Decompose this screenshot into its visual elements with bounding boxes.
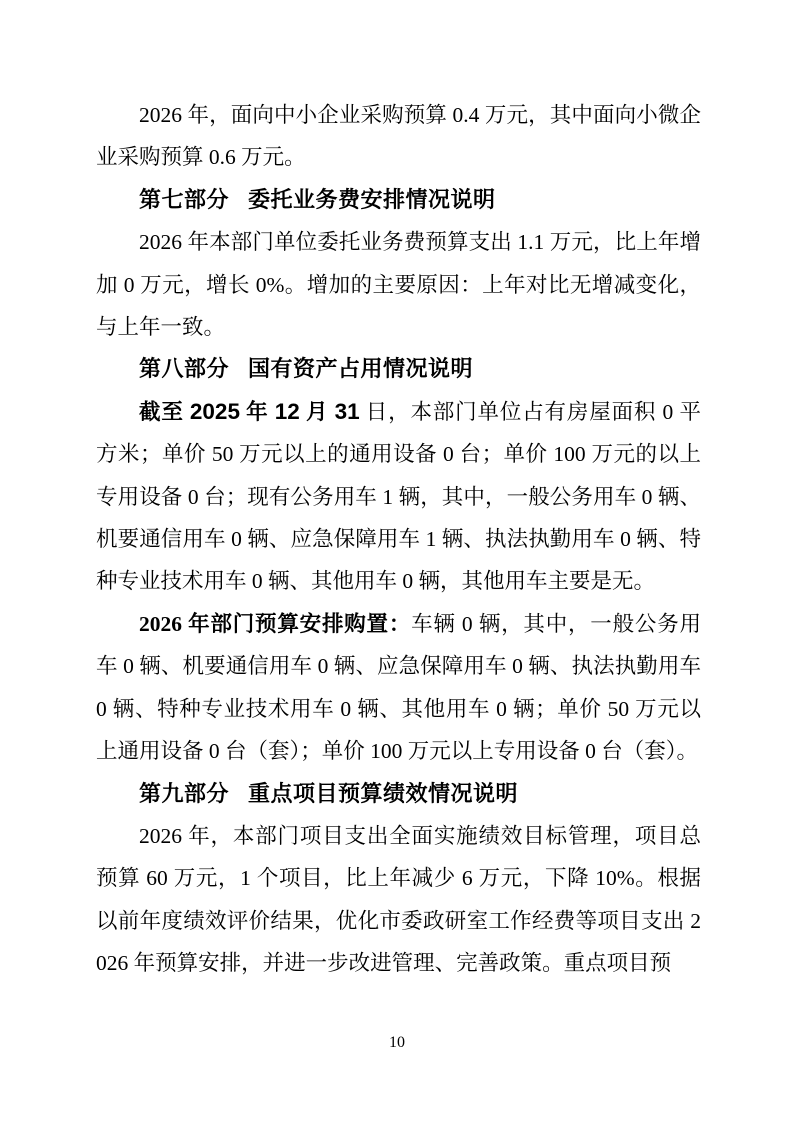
paragraph-segment: 2026 年本部门单位委托业务费预算支出 1.1 万元，比上年增加 0 万元，增… — [96, 230, 701, 339]
paragraph-segment: 2026 年部门预算安排购置： — [139, 612, 411, 636]
section-heading-title: 国有资产占用情况说明 — [248, 356, 473, 381]
paragraph-segment: 月 — [300, 400, 335, 424]
page-number: 10 — [389, 1034, 405, 1051]
section-heading-number: 第七部分 — [139, 187, 229, 212]
paragraph-segment: 年 — [240, 400, 275, 424]
paragraph-segment: 日，本部门单位占有房屋面积 0 平方米；单价 50 万元以上的通用设备 0 台；… — [96, 400, 701, 594]
paragraph: 2026 年部门预算安排购置：车辆 0 辆，其中，一般公务用车 0 辆、机要通信… — [96, 603, 701, 773]
paragraph: 2026 年本部门单位委托业务费预算支出 1.1 万元，比上年增加 0 万元，增… — [96, 221, 701, 348]
section-heading: 第八部分国有资产占用情况说明 — [96, 348, 701, 390]
section-heading: 第七部分委托业务费安排情况说明 — [96, 179, 701, 221]
section-heading-number: 第八部分 — [139, 356, 229, 381]
paragraph: 截至 2025 年 12 月 31 日，本部门单位占有房屋面积 0 平方米；单价… — [96, 391, 701, 603]
section-heading: 第九部分重点项目预算绩效情况说明 — [96, 773, 701, 815]
paragraph: 2026 年，面向中小企业采购预算 0.4 万元，其中面向小微企业采购预算 0.… — [96, 94, 701, 179]
section-heading-title: 委托业务费安排情况说明 — [248, 187, 496, 212]
paragraph-segment: 截至 — [139, 400, 190, 424]
paragraph-segment: 2026 年，本部门项目支出全面实施绩效目标管理，项目总预算 60 万元，1 个… — [96, 824, 701, 975]
section-heading-title: 重点项目预算绩效情况说明 — [248, 781, 518, 806]
paragraph-segment: 31 — [335, 399, 360, 424]
paragraph-segment: 2026 年，面向中小企业采购预算 0.4 万元，其中面向小微企业采购预算 0.… — [96, 103, 701, 169]
paragraph-segment: 12 — [275, 399, 300, 424]
paragraph: 2026 年，本部门项目支出全面实施绩效目标管理，项目总预算 60 万元，1 个… — [96, 815, 701, 985]
document-body: 2026 年，面向中小企业采购预算 0.4 万元，其中面向小微企业采购预算 0.… — [96, 94, 701, 985]
section-heading-number: 第九部分 — [139, 781, 229, 806]
page-footer: 10 — [0, 1032, 794, 1054]
paragraph-segment: 2025 — [190, 399, 240, 424]
document-page: 2026 年，面向中小企业采购预算 0.4 万元，其中面向小微企业采购预算 0.… — [0, 0, 794, 1123]
